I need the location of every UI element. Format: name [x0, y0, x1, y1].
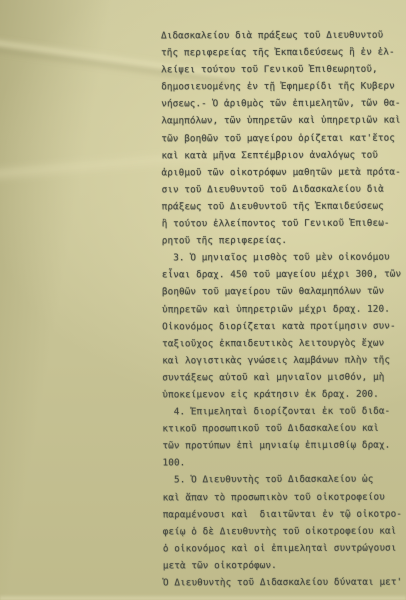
text-line: τῆς περιφερείας τῆς Ἐκπαιδεύσεως ἢ ἐν ἐλ… — [161, 44, 404, 62]
text-line: μετὰ τῶν οἰκοτρόφων. — [163, 556, 406, 574]
text-line: 4. Ἐπιμεληταὶ διορίζονται ἐκ τοῦ διδα- — [162, 403, 405, 421]
paper-bottom-edge — [0, 594, 406, 600]
text-line: τῶν προτύπων ἐπὶ μηνιαίῳ ἐπιμισθίῳ δραχ. — [162, 437, 405, 455]
text-line: ἢ τούτου ἐλλείποντος τοῦ Γενικοῦ Ἐπιθεω- — [162, 215, 405, 233]
text-line: ἀριθμοῦ τῶν οἰκοτρόφων μαθητῶν μετὰ πρότ… — [161, 163, 404, 181]
text-line: φείῳ ὁ δὲ Διευθυντὴς τοῦ οἰκοτροφείου κα… — [163, 522, 406, 540]
text-line: τῶν βοηθῶν τοῦ μαγείρου ὁρίζεται κατ'ἔτο… — [161, 129, 404, 147]
text-line: βοηθῶν τοῦ μαγείρου τῶν θαλαμηπόλων τῶν — [162, 283, 405, 301]
text-line: Οἰκονόμος διορίζεται κατὰ προτίμησιν συν… — [162, 317, 405, 335]
text-line: ρητοῦ τῆς περιφερείας. — [162, 232, 405, 250]
text-line: καὶ ἅπαν τὸ προσωπικὸν τοῦ οἰκοτροφείου — [163, 488, 406, 506]
text-line: ὑπηρετῶν καὶ ὑπηρετριῶν μέχρι δραχ. 120. — [162, 300, 405, 318]
text-line: σιν τοῦ Διευθυντοῦ τοῦ Διδασκαλείου διὰ — [162, 180, 405, 198]
text-line: παραμένουσι καὶ διαιτῶνται ἐν τῷ οἰκοτρο… — [163, 505, 406, 523]
text-line: εἶναι δραχ. 450 τοῦ μαγείου μέχρι 300, τ… — [162, 266, 405, 284]
text-line: πράξεως τοῦ Διευθυντοῦ τῆς Ἐκπαιδεύσεως — [162, 198, 405, 216]
text-line: καὶ λογιστικὰς γνώσεις λαμβάνων πλὴν τῆς — [162, 351, 405, 369]
text-line: 100. — [163, 454, 406, 472]
text-line: συντάξεως αὐτοῦ καὶ μηνιαῖον μισθόν, μὴ — [162, 368, 405, 386]
text-line: λείψει τούτου τοῦ Γενικοῦ Ἐπιθεωρητοῦ, — [161, 61, 404, 79]
text-line: νήσεως.- Ὁ ἀριθμὸς τῶν ἐπιμελητῶν, τῶν θ… — [161, 95, 404, 113]
text-line: Ὁ Διευθυντὴς τοῦ Διδασκαλείου δύναται με… — [163, 574, 406, 592]
text-line: 3. Ὁ μηνιαῖος μισθὸς τοῦ μὲν οἰκονόμου — [162, 249, 405, 267]
text-line: Διδασκαλείου διὰ πράξεως τοῦ Διευθυντοῦ — [161, 27, 404, 45]
text-line: λαμηπόλων, τῶν ὑπηρετῶν καὶ ὑπηρετριῶν κ… — [161, 112, 404, 130]
text-line: 5. Ὁ Διευθυντὴς τοῦ Διδασκαλείου ὡς — [163, 471, 406, 489]
text-line: καὶ κατὰ μῆνα Σεπτέμβριον ἀναλόγως τοῦ — [161, 146, 404, 164]
text-line: ὁ οἰκονόμος καὶ οἱ ἐπιμεληταὶ συντρώγουσ… — [163, 539, 406, 557]
typewritten-text-column: Διδασκαλείου διὰ πράξεως τοῦ Διευθυντοῦτ… — [161, 27, 406, 592]
text-line: δημοσιευομένης ἐν τῇ Ἐφημερίδι τῆς Κυβερ… — [161, 78, 404, 96]
scanned-document-page: Διδασκαλείου διὰ πράξεως τοῦ Διευθυντοῦτ… — [0, 0, 406, 600]
text-line: ὑποκείμενον εἰς κράτησιν ἐκ δραχ. 200. — [162, 386, 405, 404]
text-line: ταξιοῦχος ἐκπαιδευτικὸς λειτουργὸς ἔχων — [162, 334, 405, 352]
text-line: κτικοῦ προσωπικοῦ τοῦ Διδασκαλείου καὶ — [162, 420, 405, 438]
